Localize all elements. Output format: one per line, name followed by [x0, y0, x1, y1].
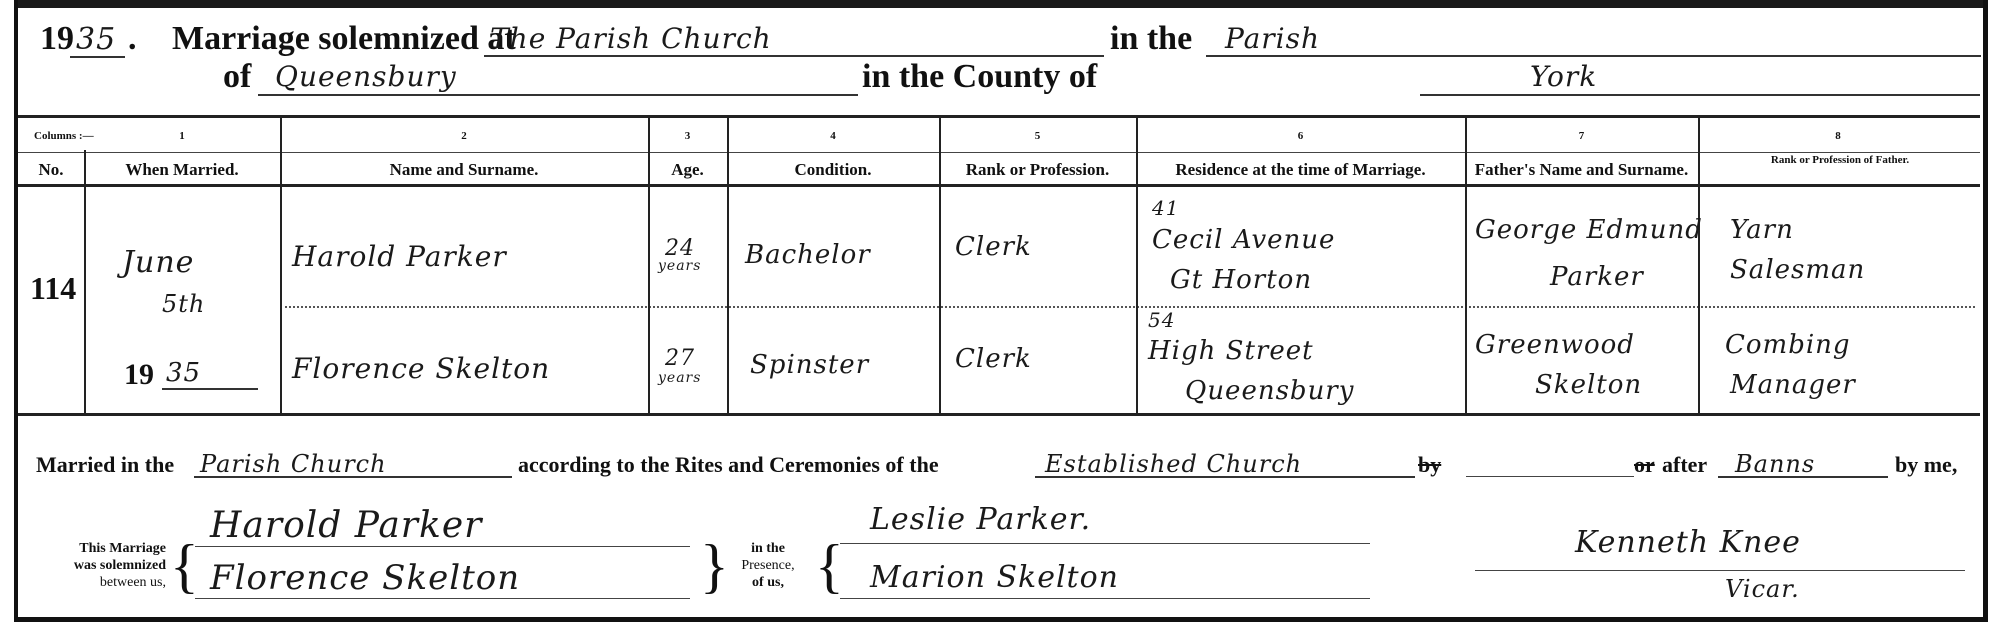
or-label-struck: or — [1634, 452, 1655, 478]
of-label: of — [223, 58, 251, 96]
col-divider — [1698, 118, 1700, 413]
groom-father-line1: George Edmund — [1475, 215, 1703, 245]
married-in-fill-line — [194, 476, 512, 478]
bride-signature-line — [195, 598, 690, 599]
column-number: 2 — [280, 130, 648, 142]
groom-condition: Bachelor — [745, 240, 871, 270]
solemnized-label: Marriage solemnized at — [172, 20, 516, 58]
after-fill-line — [1718, 476, 1888, 478]
bride-residence-line2: Queensbury — [1185, 376, 1354, 406]
groom-profession: Clerk — [955, 232, 1032, 262]
groom-name: Harold Parker — [292, 240, 507, 273]
solemnized-line1: This Marriage — [36, 540, 166, 557]
column-number-rule — [18, 152, 1980, 153]
bride-father-line2: Skelton — [1535, 370, 1642, 400]
witness2-line — [840, 598, 1370, 599]
year-fill-line — [70, 56, 125, 58]
groom-father-profession-line2: Salesman — [1730, 255, 1865, 285]
presence-brace: { — [815, 536, 844, 596]
married-in-label: Married in the — [36, 452, 174, 478]
district-name-value: Queensbury — [275, 60, 457, 93]
table-top-rule — [18, 115, 1980, 118]
header-name: Name and Surname. — [280, 160, 648, 180]
column-number: 1 — [84, 130, 280, 142]
bride-condition: Spinster — [750, 350, 869, 380]
married-month: June — [122, 245, 194, 280]
right-brace: } — [700, 536, 729, 596]
after-value: Banns — [1735, 450, 1815, 478]
presence-line3: of us, — [728, 574, 808, 591]
by-label-struck: by — [1418, 452, 1441, 478]
married-year-fill-line — [162, 388, 258, 390]
header-father-profession: Rank or Profession of Father. — [1710, 154, 1970, 166]
bride-age: 27 — [665, 346, 695, 371]
header-profession: Rank or Profession. — [939, 160, 1136, 180]
married-year-suffix: 35 — [166, 358, 201, 388]
officiant-line — [1475, 570, 1965, 571]
groom-signature-line — [195, 546, 690, 547]
married-day: 5th — [162, 290, 205, 318]
county-fill-line — [1420, 94, 1980, 96]
officiant-title: Vicar. — [1725, 575, 1800, 603]
place-fill-line — [484, 55, 1104, 57]
district-name-fill-line — [258, 94, 858, 96]
header-bottom-rule — [18, 184, 1980, 187]
groom-residence-line1: Cecil Avenue — [1152, 225, 1335, 255]
district-type-fill-line — [1206, 55, 1981, 57]
column-number: 7 — [1465, 130, 1698, 142]
after-label: after — [1662, 452, 1707, 478]
solemnized-line3: between us, — [36, 574, 166, 591]
place-value: The Parish Church — [490, 22, 772, 55]
bride-profession: Clerk — [955, 344, 1032, 374]
rites-label: according to the Rites and Ceremonies of… — [518, 452, 939, 478]
groom-father-profession-line1: Yarn — [1730, 215, 1794, 245]
married-year-prefix: 19 — [124, 358, 154, 392]
rites-fill-line — [1035, 476, 1415, 478]
witness2-signature: Marion Skelton — [870, 560, 1119, 595]
col-divider — [84, 150, 86, 413]
presence-label: in the Presence, of us, — [728, 540, 808, 591]
in-the-label: in the — [1110, 20, 1192, 58]
year-suffix: 35 — [76, 22, 116, 57]
header-age: Age. — [648, 160, 727, 180]
column-number: 6 — [1136, 130, 1465, 142]
groom-age-unit: years — [658, 258, 701, 274]
groom-residence-number: 41 — [1152, 196, 1179, 220]
officiant-signature: Kenneth Knee — [1575, 525, 1801, 560]
witness1-line — [840, 543, 1370, 544]
groom-father-line2: Parker — [1550, 262, 1644, 292]
bride-signature: Florence Skelton — [210, 558, 520, 598]
county-label: in the County of — [862, 58, 1097, 96]
groom-signature: Harold Parker — [210, 505, 482, 546]
bride-name: Florence Skelton — [292, 352, 550, 385]
bride-father-profession-line2: Manager — [1730, 370, 1856, 400]
left-brace: { — [170, 536, 199, 596]
column-number: 5 — [939, 130, 1136, 142]
bride-father-profession-line1: Combing — [1725, 330, 1851, 360]
header-condition: Condition. — [727, 160, 939, 180]
bride-residence-line1: High Street — [1148, 336, 1314, 366]
married-in-value: Parish Church — [200, 450, 387, 478]
header-residence: Residence at the time of Marriage. — [1136, 160, 1465, 180]
county-value: York — [1530, 60, 1597, 93]
solemnized-between-label: This Marriage was solemnized between us, — [36, 540, 166, 591]
column-number: 3 — [648, 130, 727, 142]
bride-age-unit: years — [658, 370, 701, 386]
table-bottom-rule — [18, 413, 1980, 416]
presence-line2: Presence, — [728, 557, 808, 574]
bride-residence-number: 54 — [1148, 308, 1175, 332]
row-divider — [280, 306, 1975, 308]
licence-fill-line — [1466, 476, 1634, 477]
groom-residence-line2: Gt Horton — [1170, 265, 1312, 295]
header-no: No. — [18, 160, 84, 180]
rites-value: Established Church — [1045, 450, 1302, 478]
column-number: 8 — [1698, 130, 1978, 142]
year-dot: . — [128, 20, 137, 58]
district-type-value: Parish — [1225, 22, 1320, 55]
entry-number: 114 — [30, 270, 76, 307]
by-me-label: by me, — [1895, 452, 1957, 478]
header-when-married: When Married. — [84, 160, 280, 180]
column-number: 4 — [727, 130, 939, 142]
bride-father-line1: Greenwood — [1475, 330, 1635, 360]
year-prefix: 19 — [40, 20, 74, 58]
solemnized-line2: was solemnized — [36, 557, 166, 574]
presence-line1: in the — [728, 540, 808, 557]
witness1-signature: Leslie Parker. — [870, 502, 1091, 537]
header-father-name: Father's Name and Surname. — [1465, 160, 1698, 180]
